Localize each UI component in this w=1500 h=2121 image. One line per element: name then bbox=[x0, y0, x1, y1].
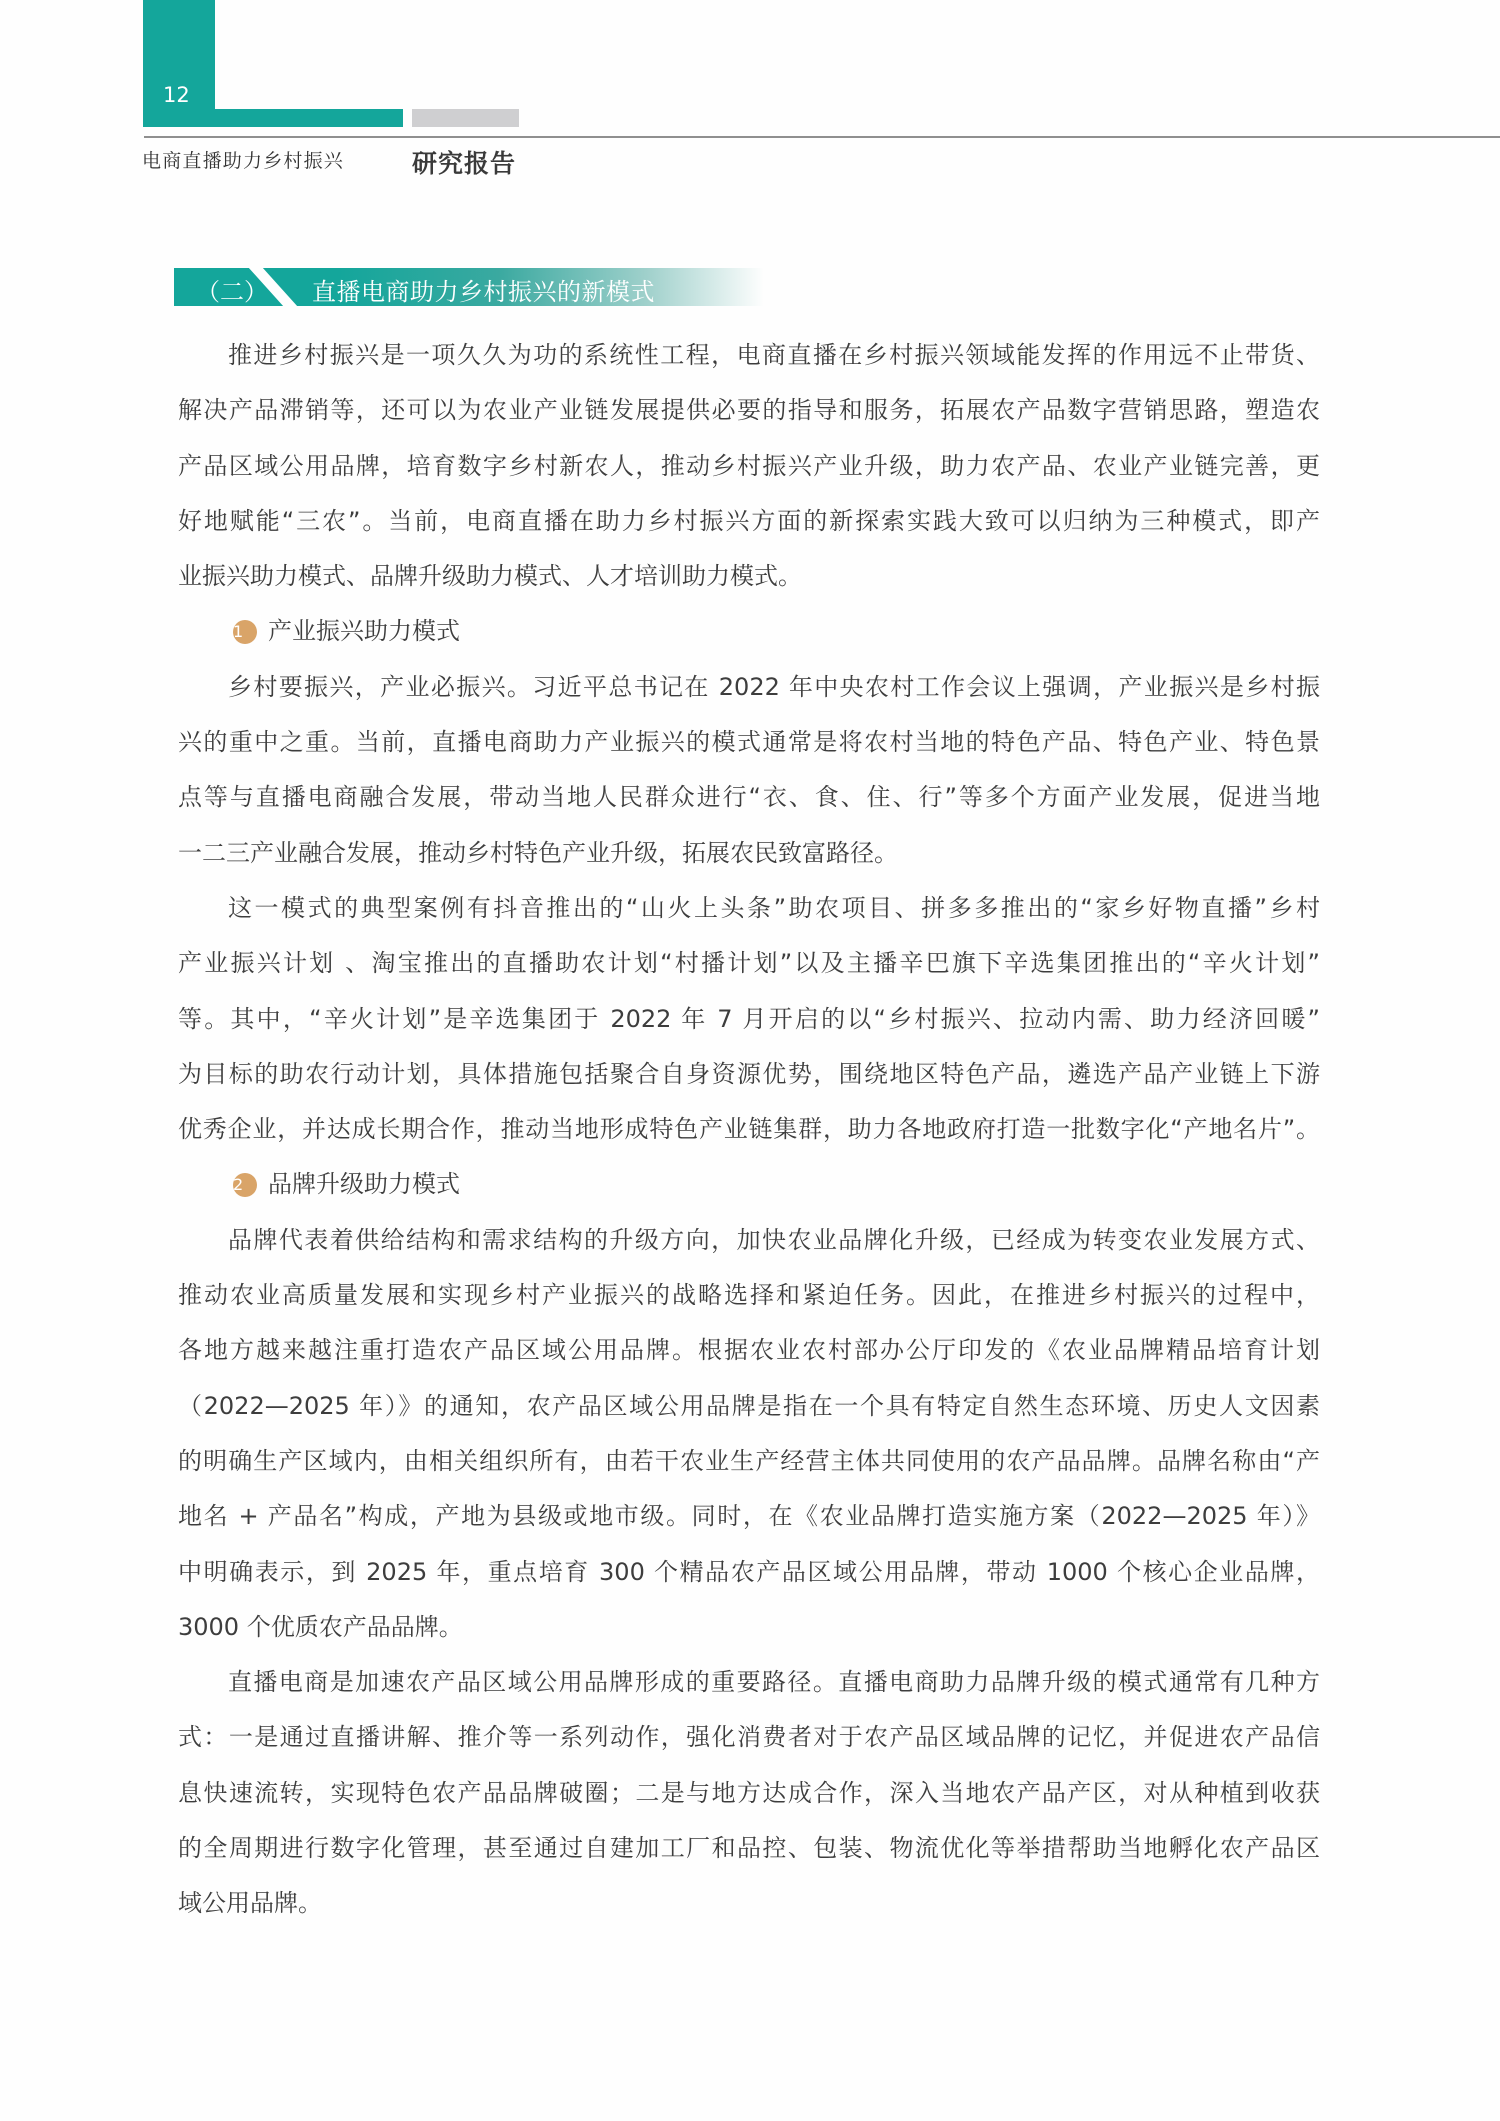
paragraph-line: 3000 个优质农产品品牌。 bbox=[178, 1600, 1320, 1655]
body-text: 推进乡村振兴是一项久久为功的系统性工程，电商直播在乡村振兴领域能发挥的作用远不止… bbox=[178, 328, 1320, 1932]
paragraph-line: 息快速流转，实现特色农产品品牌破圈；二是与地方达成合作，深入当地农产品产区，对从… bbox=[178, 1766, 1320, 1821]
paragraph-line: 等。其中，“辛火计划”是辛选集团于 2022 年 7 月开启的以“乡村振兴、拉动… bbox=[178, 992, 1320, 1047]
paragraph-line: 乡村要振兴，产业必振兴。习近平总书记在 2022 年中央农村工作会议上强调，产业… bbox=[178, 660, 1320, 715]
subheading-label: 品牌升级助力模式 bbox=[233, 1170, 460, 1198]
paragraph-line: 推动农业高质量发展和实现乡村产业振兴的战略选择和紧迫任务。因此，在推进乡村振兴的… bbox=[178, 1268, 1320, 1323]
paragraph-line: 一二三产业融合发展，推动乡村特色产业升级，拓展农民致富路径。 bbox=[178, 826, 1320, 881]
subheading-brand-upgrade: 2 品牌升级助力模式 bbox=[178, 1157, 1320, 1212]
paragraph-line: 业振兴助力模式、品牌升级助力模式、人才培训助力模式。 bbox=[178, 549, 1320, 604]
paragraph-line: 推进乡村振兴是一项久久为功的系统性工程，电商直播在乡村振兴领域能发挥的作用远不止… bbox=[178, 328, 1320, 383]
subheading-label: 产业振兴助力模式 bbox=[233, 617, 460, 645]
section-heading-banner: （二） 直播电商助力乡村振兴的新模式 bbox=[174, 268, 764, 306]
paragraph-line: （2022—2025 年）》的通知，农产品区域公用品牌是指在一个具有特定自然生态… bbox=[178, 1379, 1320, 1434]
subheading-industry-revitalization: 1 产业振兴助力模式 bbox=[178, 604, 1320, 659]
header-gray-bar bbox=[412, 109, 519, 127]
paragraph-line: 地名 + 产品名”构成，产地为县级或地市级。同时，在《农业品牌打造实施方案（20… bbox=[178, 1489, 1320, 1544]
paragraph-line: 式：一是通过直播讲解、推介等一系列动作，强化消费者对于农产品区域品牌的记忆，并促… bbox=[178, 1710, 1320, 1765]
paragraph-line: 点等与直播电商融合发展，带动当地人民群众进行“衣、食、住、行”等多个方面产业发展… bbox=[178, 770, 1320, 825]
paragraph-line: 品牌代表着供给结构和需求结构的升级方向，加快农业品牌化升级，已经成为转变农业发展… bbox=[178, 1213, 1320, 1268]
paragraph-line: 各地方越来越注重打造农产品区域公用品牌。根据农业农村部办公厅印发的《农业品牌精品… bbox=[178, 1323, 1320, 1378]
header-accent-horizontal-bar bbox=[143, 109, 403, 127]
paragraph-line: 域公用品牌。 bbox=[178, 1876, 1320, 1931]
header-accent-vertical-bar bbox=[143, 0, 215, 127]
paragraph-line: 优秀企业，并达成长期合作，推动当地形成特色产业链集群，助力各地政府打造一批数字化… bbox=[178, 1102, 1320, 1157]
paragraph-line: 的全周期进行数字化管理，甚至通过自建加工厂和品控、包装、物流优化等举措帮助当地孵… bbox=[178, 1821, 1320, 1876]
running-header-series: 研究报告 bbox=[412, 144, 516, 180]
paragraph-line: 直播电商是加速农产品区域公用品牌形成的重要路径。直播电商助力品牌升级的模式通常有… bbox=[178, 1655, 1320, 1710]
paragraph-line: 中明确表示，到 2025 年，重点培育 300 个精品农产品区域公用品牌，带动 … bbox=[178, 1545, 1320, 1600]
paragraph-line: 解决产品滞销等，还可以为农业产业链发展提供必要的指导和服务，拓展农产品数字营销思… bbox=[178, 383, 1320, 438]
section-title: 直播电商助力乡村振兴的新模式 bbox=[312, 272, 655, 307]
header-rule bbox=[144, 136, 1500, 138]
paragraph-line: 这一模式的典型案例有抖音推出的“山火上头条”助农项目、拼多多推出的“家乡好物直播… bbox=[178, 881, 1320, 936]
paragraph-line: 的明确生产区域内，由相关组织所有，由若干农业生产经营主体共同使用的农产品品牌。品… bbox=[178, 1434, 1320, 1489]
page-number: 12 bbox=[163, 83, 190, 107]
running-header-title: 电商直播助力乡村振兴 bbox=[142, 146, 344, 173]
paragraph-line: 产业振兴计划 、淘宝推出的直播助农计划“村播计划”以及主播辛巴旗下辛选集团推出的… bbox=[178, 936, 1320, 991]
paragraph-line: 产品区域公用品牌，培育数字乡村新农人，推动乡村振兴产业升级，助力农产品、农业产业… bbox=[178, 439, 1320, 494]
paragraph-line: 好地赋能“三农”。当前，电商直播在助力乡村振兴方面的新探索实践大致可以归纳为三种… bbox=[178, 494, 1320, 549]
paragraph-line: 兴的重中之重。当前，直播电商助力产业振兴的模式通常是将农村当地的特色产品、特色产… bbox=[178, 715, 1320, 770]
paragraph-line: 为目标的助农行动计划，具体措施包括聚合自身资源优势，围绕地区特色产品，遴选产品产… bbox=[178, 1047, 1320, 1102]
